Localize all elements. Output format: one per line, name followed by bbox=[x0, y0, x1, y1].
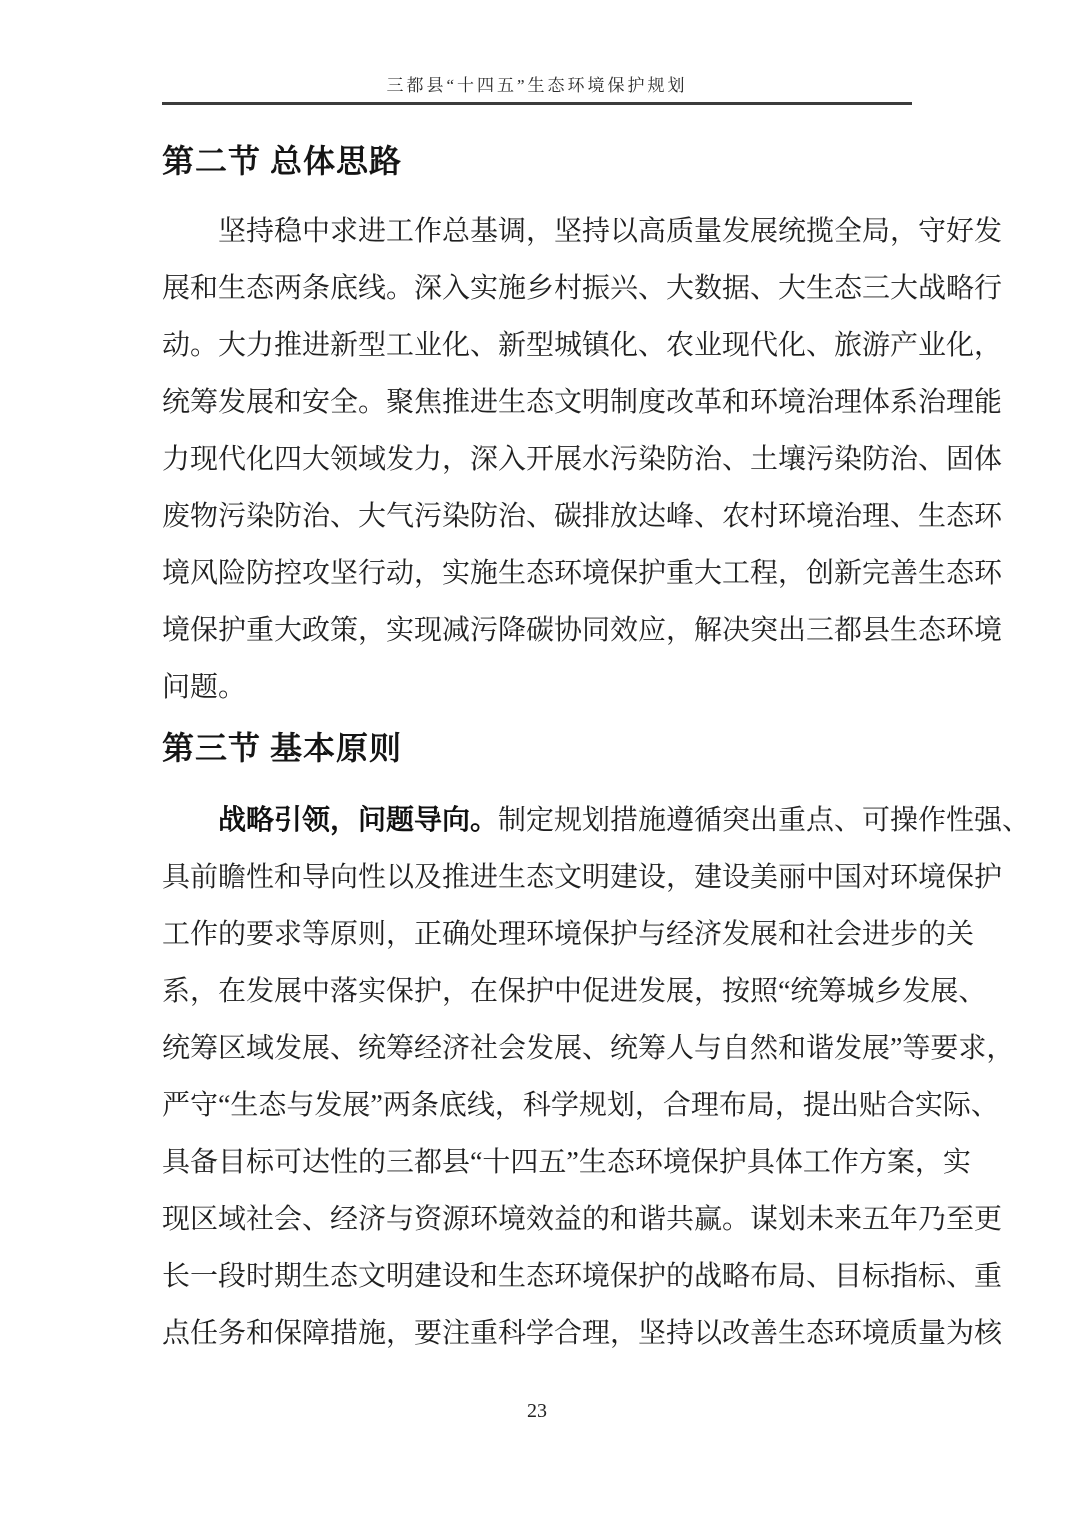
section-heading-3: 第三节 基本原则 bbox=[162, 728, 912, 768]
paragraph-line: 工作的要求等原则，正确处理环境保护与经济发展和社会进步的关 bbox=[162, 906, 912, 963]
paragraph-line: 展和生态两条底线。深入实施乡村振兴、大数据、大生态三大战略行 bbox=[162, 260, 912, 317]
paragraph-bold-lead: 战略引领，问题导向。 bbox=[218, 805, 498, 836]
paragraph-line: 统筹区域发展、统筹经济社会发展、统筹人与自然和谐发展”等要求， bbox=[162, 1020, 912, 1077]
paragraph-line: 具前瞻性和导向性以及推进生态文明建设，建设美丽中国对环境保护 bbox=[162, 849, 912, 906]
page-header: 三都县“十四五”生态环境保护规划 bbox=[162, 74, 912, 105]
paragraph-line: 力现代化四大领域发力，深入开展水污染防治、土壤污染防治、固体 bbox=[162, 431, 912, 488]
paragraph-line: 现区域社会、经济与资源环境效益的和谐共赢。谋划未来五年乃至更 bbox=[162, 1191, 912, 1248]
section-heading-2: 第二节 总体思路 bbox=[162, 141, 912, 181]
paragraph-line: 统筹发展和安全。聚焦推进生态文明制度改革和环境治理体系治理能 bbox=[162, 374, 912, 431]
paragraph-line: 战略引领，问题导向。制定规划措施遵循突出重点、可操作性强、 bbox=[162, 792, 912, 849]
paragraph-line: 长一段时期生态文明建设和生态环境保护的战略布局、目标指标、重 bbox=[162, 1248, 912, 1305]
paragraph-line: 点任务和保障措施，要注重科学合理，坚持以改善生态环境质量为核 bbox=[162, 1305, 912, 1362]
paragraph-basic-principles: 战略引领，问题导向。制定规划措施遵循突出重点、可操作性强、 具前瞻性和导向性以及… bbox=[162, 792, 912, 1362]
paragraph-overall-approach: 坚持稳中求进工作总基调，坚持以高质量发展统揽全局，守好发 展和生态两条底线。深入… bbox=[162, 203, 912, 716]
paragraph-line-text: 制定规划措施遵循突出重点、可操作性强、 bbox=[498, 805, 1030, 836]
paragraph-line: 坚持稳中求进工作总基调，坚持以高质量发展统揽全局，守好发 bbox=[162, 203, 912, 260]
paragraph-line: 境保护重大政策，实现减污降碳协同效应，解决突出三都县生态环境 bbox=[162, 602, 912, 659]
paragraph-line: 严守“生态与发展”两条底线，科学规划，合理布局，提出贴合实际、 bbox=[162, 1077, 912, 1134]
document-content: 第二节 总体思路 坚持稳中求进工作总基调，坚持以高质量发展统揽全局，守好发 展和… bbox=[162, 141, 912, 1362]
paragraph-line: 具备目标可达性的三都县“十四五”生态环境保护具体工作方案，实 bbox=[162, 1134, 912, 1191]
paragraph-line: 动。大力推进新型工业化、新型城镇化、农业现代化、旅游产业化， bbox=[162, 317, 912, 374]
paragraph-line: 问题。 bbox=[162, 659, 912, 716]
paragraph-line: 废物污染防治、大气污染防治、碳排放达峰、农村环境治理、生态环 bbox=[162, 488, 912, 545]
paragraph-line: 境风险防控攻坚行动，实施生态环境保护重大工程，创新完善生态环 bbox=[162, 545, 912, 602]
paragraph-line: 系，在发展中落实保护，在保护中促进发展，按照“统筹城乡发展、 bbox=[162, 963, 912, 1020]
page-header-title: 三都县“十四五”生态环境保护规划 bbox=[386, 76, 687, 95]
page-number: 23 bbox=[0, 1398, 1074, 1424]
